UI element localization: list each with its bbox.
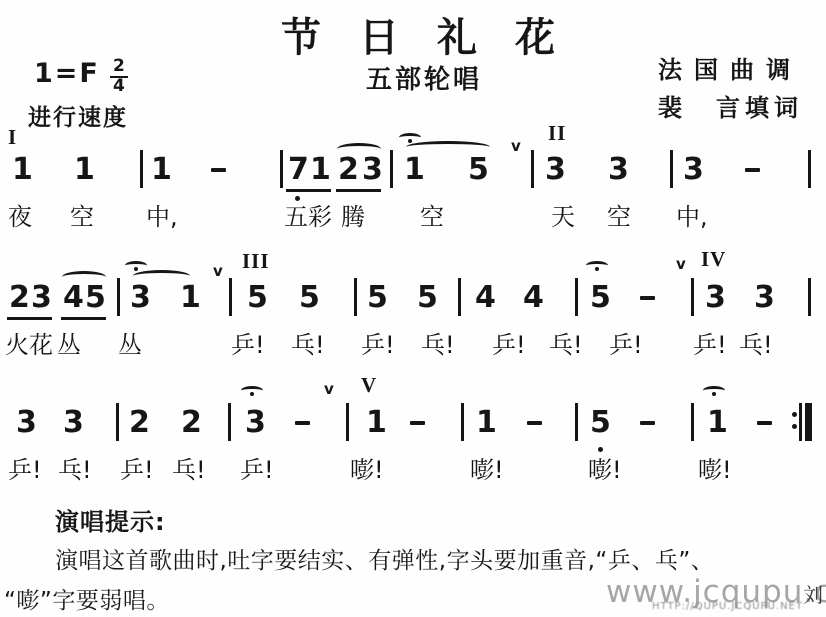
barline xyxy=(805,403,812,441)
note-digit: 3 xyxy=(608,155,629,185)
song-title: 节日礼花 xyxy=(281,6,593,63)
lyric-syllable: 丛 xyxy=(118,332,142,358)
voice-entry-numeral: I xyxy=(8,127,17,148)
note-digit: 3 xyxy=(362,155,383,185)
lyric-syllable: 中, xyxy=(146,204,178,230)
note-digit: 1 xyxy=(74,155,95,185)
held-note-dash xyxy=(745,168,760,172)
voice-entry-numeral: II xyxy=(548,123,566,144)
voice-entry-numeral: III xyxy=(242,251,270,272)
note-digit: 5 xyxy=(417,283,438,313)
lyric-syllable: 乓! xyxy=(291,332,325,358)
octave-dot xyxy=(598,447,603,452)
barline xyxy=(228,403,231,441)
lyric-syllable: 嘭! xyxy=(698,457,732,483)
note-digit: 3 xyxy=(754,283,775,313)
lyric-syllable: 乒! xyxy=(240,457,274,483)
slur-arc xyxy=(62,271,106,283)
barline xyxy=(808,278,811,316)
note-digit: 1 xyxy=(476,408,497,438)
note-digit: 3 xyxy=(545,155,566,185)
song-subtitle: 五部轮唱 xyxy=(366,59,482,96)
fermata-mark xyxy=(703,386,725,395)
note-digit: 2 xyxy=(338,155,359,185)
credit-composer: 法国曲调 xyxy=(658,50,802,85)
barline xyxy=(390,150,393,188)
eighth-note-beam xyxy=(7,317,52,320)
barline xyxy=(140,150,143,188)
eighth-note-beam xyxy=(286,189,331,192)
barline xyxy=(575,403,578,441)
note-digit: 1 xyxy=(180,283,201,313)
lyric-syllable: 乓! xyxy=(739,332,773,358)
held-note-dash xyxy=(640,296,655,300)
lyric-syllable: 乓! xyxy=(421,332,455,358)
lyric-syllable: 乒! xyxy=(492,332,526,358)
note-digit: 1 xyxy=(366,408,387,438)
sheet-music-page: 节日礼花 五部轮唱 法国曲调 裴 言填词 1=F 2 4 进行速度 I11171… xyxy=(0,0,826,617)
octave-dot xyxy=(792,412,797,417)
barline xyxy=(808,150,811,188)
barline xyxy=(117,278,120,316)
tempo-marking: 进行速度 xyxy=(28,99,128,132)
eighth-note-beam xyxy=(336,189,381,192)
note-digit: 1 xyxy=(707,408,728,438)
credit-lyricist: 裴 言填词 xyxy=(658,88,803,123)
time-signature: 2 4 xyxy=(110,58,128,96)
lyric-syllable: 空 xyxy=(607,204,631,230)
key-signature: 1=F xyxy=(34,58,100,89)
fermata-mark xyxy=(586,261,608,270)
lyric-syllable: 中, xyxy=(676,204,708,230)
lyric-syllable: 天 xyxy=(551,204,575,230)
octave-dot xyxy=(792,424,797,429)
watermark-sub-url: HTTP://QUPU.JCQUPU.NET xyxy=(652,601,803,612)
note-digit: 3 xyxy=(245,408,266,438)
fermata-mark xyxy=(241,386,263,395)
performance-tip-heading: 演唱提示: xyxy=(55,502,166,537)
barline xyxy=(531,150,534,188)
lyric-syllable: 乒! xyxy=(231,332,265,358)
breath-mark: v xyxy=(324,382,334,397)
lyric-syllable: 乓! xyxy=(172,457,206,483)
performance-tip-line1: 演唱这首歌曲时,吐字要结实、有弹性,字头要加重音,“乒、乓”、 xyxy=(55,542,714,575)
note-digit: 7 xyxy=(288,155,309,185)
lyric-syllable: 嘭! xyxy=(588,457,622,483)
lyric-syllable: 火花 xyxy=(5,332,53,358)
note-digit: 2 xyxy=(129,408,150,438)
barline xyxy=(280,150,283,188)
fermata-mark xyxy=(399,133,421,142)
held-note-dash xyxy=(527,421,542,425)
slur-arc xyxy=(337,143,381,155)
lyric-syllable: 乒! xyxy=(120,457,154,483)
performance-tip-line2: “嘭”字要弱唱。 xyxy=(4,582,170,615)
note-digit: 1 xyxy=(404,155,425,185)
note-digit: 1 xyxy=(310,155,331,185)
eighth-note-beam xyxy=(61,317,106,320)
octave-dot xyxy=(295,196,300,201)
barline xyxy=(691,278,694,316)
fermata-mark xyxy=(125,261,147,270)
held-note-dash xyxy=(211,168,226,172)
barline xyxy=(116,403,119,441)
lyric-syllable: 嘭! xyxy=(350,457,384,483)
clipped-edge-character: 刘 xyxy=(803,579,823,608)
lyric-syllable: 乒! xyxy=(361,332,395,358)
note-digit: 2 xyxy=(181,408,202,438)
lyric-syllable: 夜 xyxy=(8,204,32,230)
note-digit: 3 xyxy=(31,283,52,313)
note-digit: 2 xyxy=(9,283,30,313)
barline xyxy=(346,403,349,441)
note-digit: 4 xyxy=(523,283,544,313)
held-note-dash xyxy=(295,421,310,425)
note-digit: 1 xyxy=(12,155,33,185)
note-digit: 3 xyxy=(16,408,37,438)
barline xyxy=(229,278,232,316)
note-digit: 5 xyxy=(590,408,611,438)
breath-mark: v xyxy=(213,264,223,279)
held-note-dash xyxy=(410,421,425,425)
note-digit: 5 xyxy=(367,283,388,313)
lyric-syllable: 乒! xyxy=(8,457,42,483)
time-signature-numerator: 2 xyxy=(110,58,128,76)
lyric-syllable: 空 xyxy=(420,204,444,230)
breath-mark: v xyxy=(676,257,686,272)
note-digit: 3 xyxy=(130,283,151,313)
lyric-syllable: 嘭! xyxy=(470,457,504,483)
barline xyxy=(354,278,357,316)
lyric-syllable: 乒! xyxy=(609,332,643,358)
time-signature-denominator: 4 xyxy=(110,76,128,96)
note-digit: 3 xyxy=(683,155,704,185)
barline xyxy=(461,403,464,441)
lyric-syllable: 丛 xyxy=(57,332,81,358)
lyric-syllable: 五彩 xyxy=(284,204,332,230)
barline xyxy=(670,150,673,188)
held-note-dash xyxy=(757,421,772,425)
barline xyxy=(799,403,802,441)
note-digit: 5 xyxy=(85,283,106,313)
held-note-dash xyxy=(640,421,655,425)
voice-entry-numeral: IV xyxy=(701,249,726,270)
lyric-syllable: 乒! xyxy=(693,332,727,358)
note-digit: 4 xyxy=(475,283,496,313)
note-digit: 4 xyxy=(63,283,84,313)
note-digit: 3 xyxy=(63,408,84,438)
voice-entry-numeral: V xyxy=(361,375,377,396)
note-digit: 3 xyxy=(705,283,726,313)
barline xyxy=(575,278,578,316)
barline xyxy=(691,403,694,441)
barline xyxy=(458,278,461,316)
breath-mark: v xyxy=(511,139,521,154)
lyric-syllable: 乓! xyxy=(58,457,92,483)
note-digit: 5 xyxy=(247,283,268,313)
lyric-syllable: 空 xyxy=(70,204,94,230)
note-digit: 5 xyxy=(299,283,320,313)
note-digit: 5 xyxy=(468,155,489,185)
lyric-syllable: 乓! xyxy=(549,332,583,358)
note-digit: 5 xyxy=(590,283,611,313)
lyric-syllable: 腾 xyxy=(341,204,365,230)
note-digit: 1 xyxy=(151,155,172,185)
